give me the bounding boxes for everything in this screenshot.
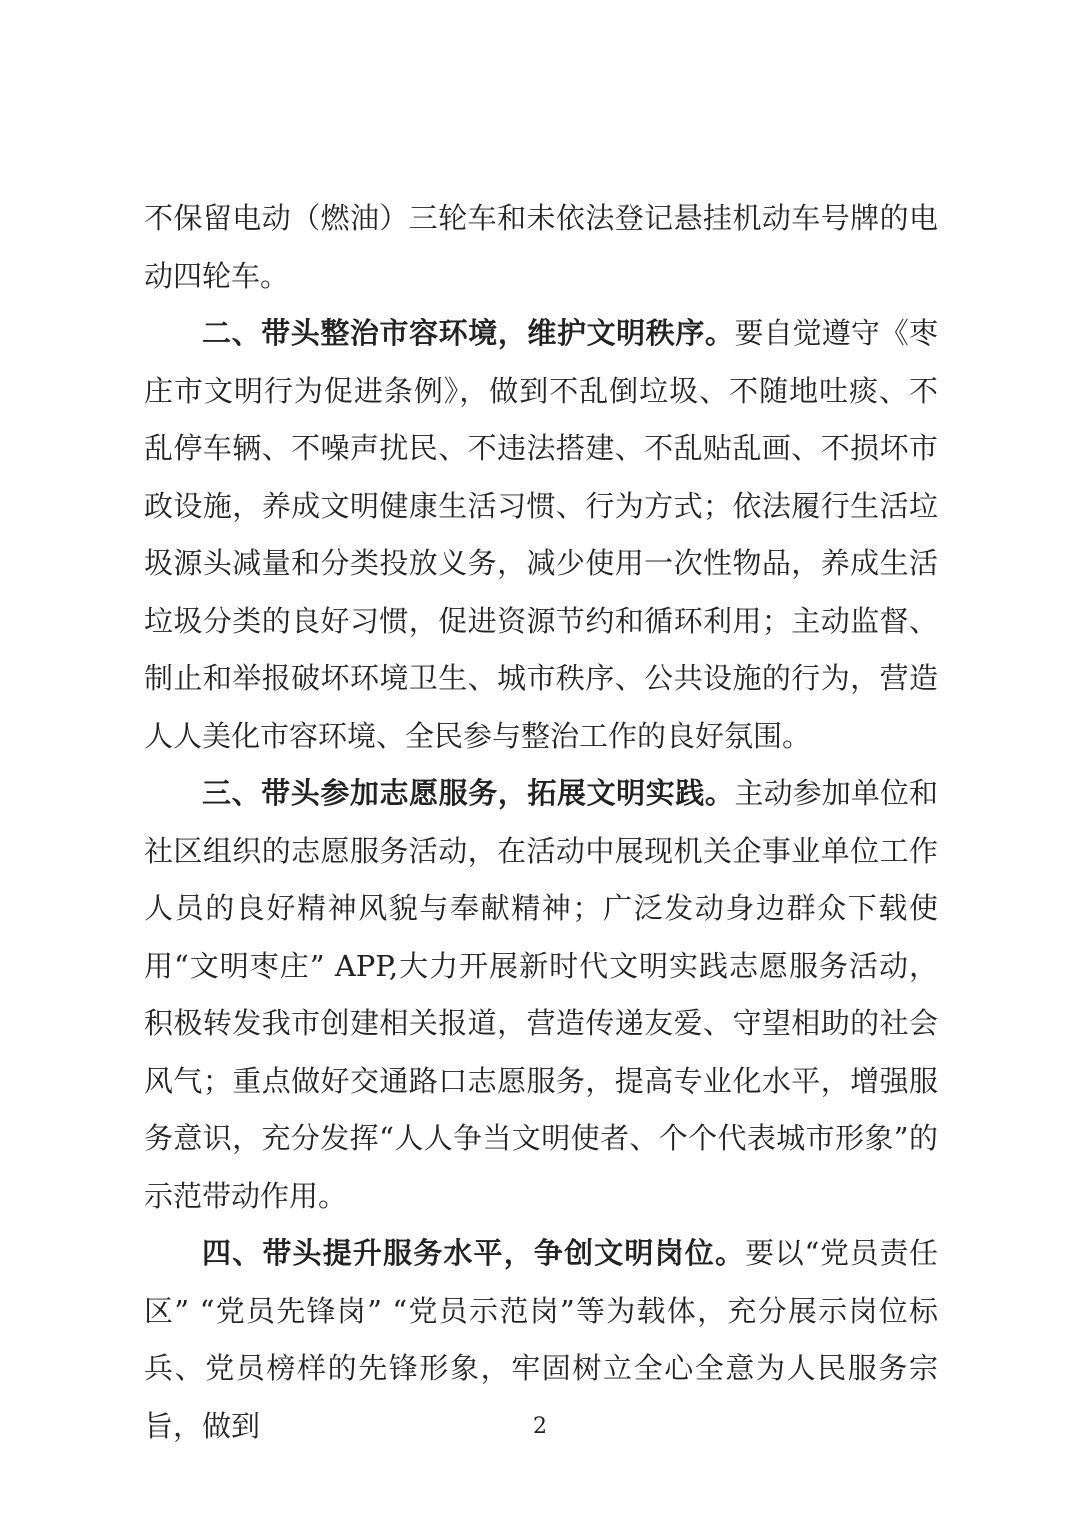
section-4-heading: 四、带头提升服务水平，争创文明岗位。	[202, 1236, 745, 1270]
paragraph-text: 主动参加单位和社区组织的志愿服务活动，在活动中展现机关企事业单位工作人员的良好精…	[144, 776, 938, 1213]
document-body: 不保留电动（燃油）三轮车和未依法登记悬挂机动车号牌的电动四轮车。 二、带头整治市…	[144, 190, 938, 1455]
section-3-heading: 三、带头参加志愿服务，拓展文明实践。	[202, 776, 734, 810]
section-2-heading: 二、带头整治市容环境，维护文明秩序。	[202, 316, 734, 350]
paragraph-text: 要自觉遵守《枣庄市文明行为促进条例》，做到不乱倒垃圾、不随地吐痰、不乱停车辆、不…	[144, 316, 938, 753]
paragraph-continuation: 不保留电动（燃油）三轮车和未依法登记悬挂机动车号牌的电动四轮车。	[144, 190, 938, 305]
page-number: 2	[0, 1412, 1080, 1442]
paragraph-section-3: 三、带头参加志愿服务，拓展文明实践。主动参加单位和社区组织的志愿服务活动，在活动…	[144, 765, 938, 1225]
document-page: 不保留电动（燃油）三轮车和未依法登记悬挂机动车号牌的电动四轮车。 二、带头整治市…	[0, 0, 1080, 1528]
paragraph-section-2: 二、带头整治市容环境，维护文明秩序。要自觉遵守《枣庄市文明行为促进条例》，做到不…	[144, 305, 938, 765]
paragraph-text: 不保留电动（燃油）三轮车和未依法登记悬挂机动车号牌的电动四轮车。	[144, 201, 938, 293]
